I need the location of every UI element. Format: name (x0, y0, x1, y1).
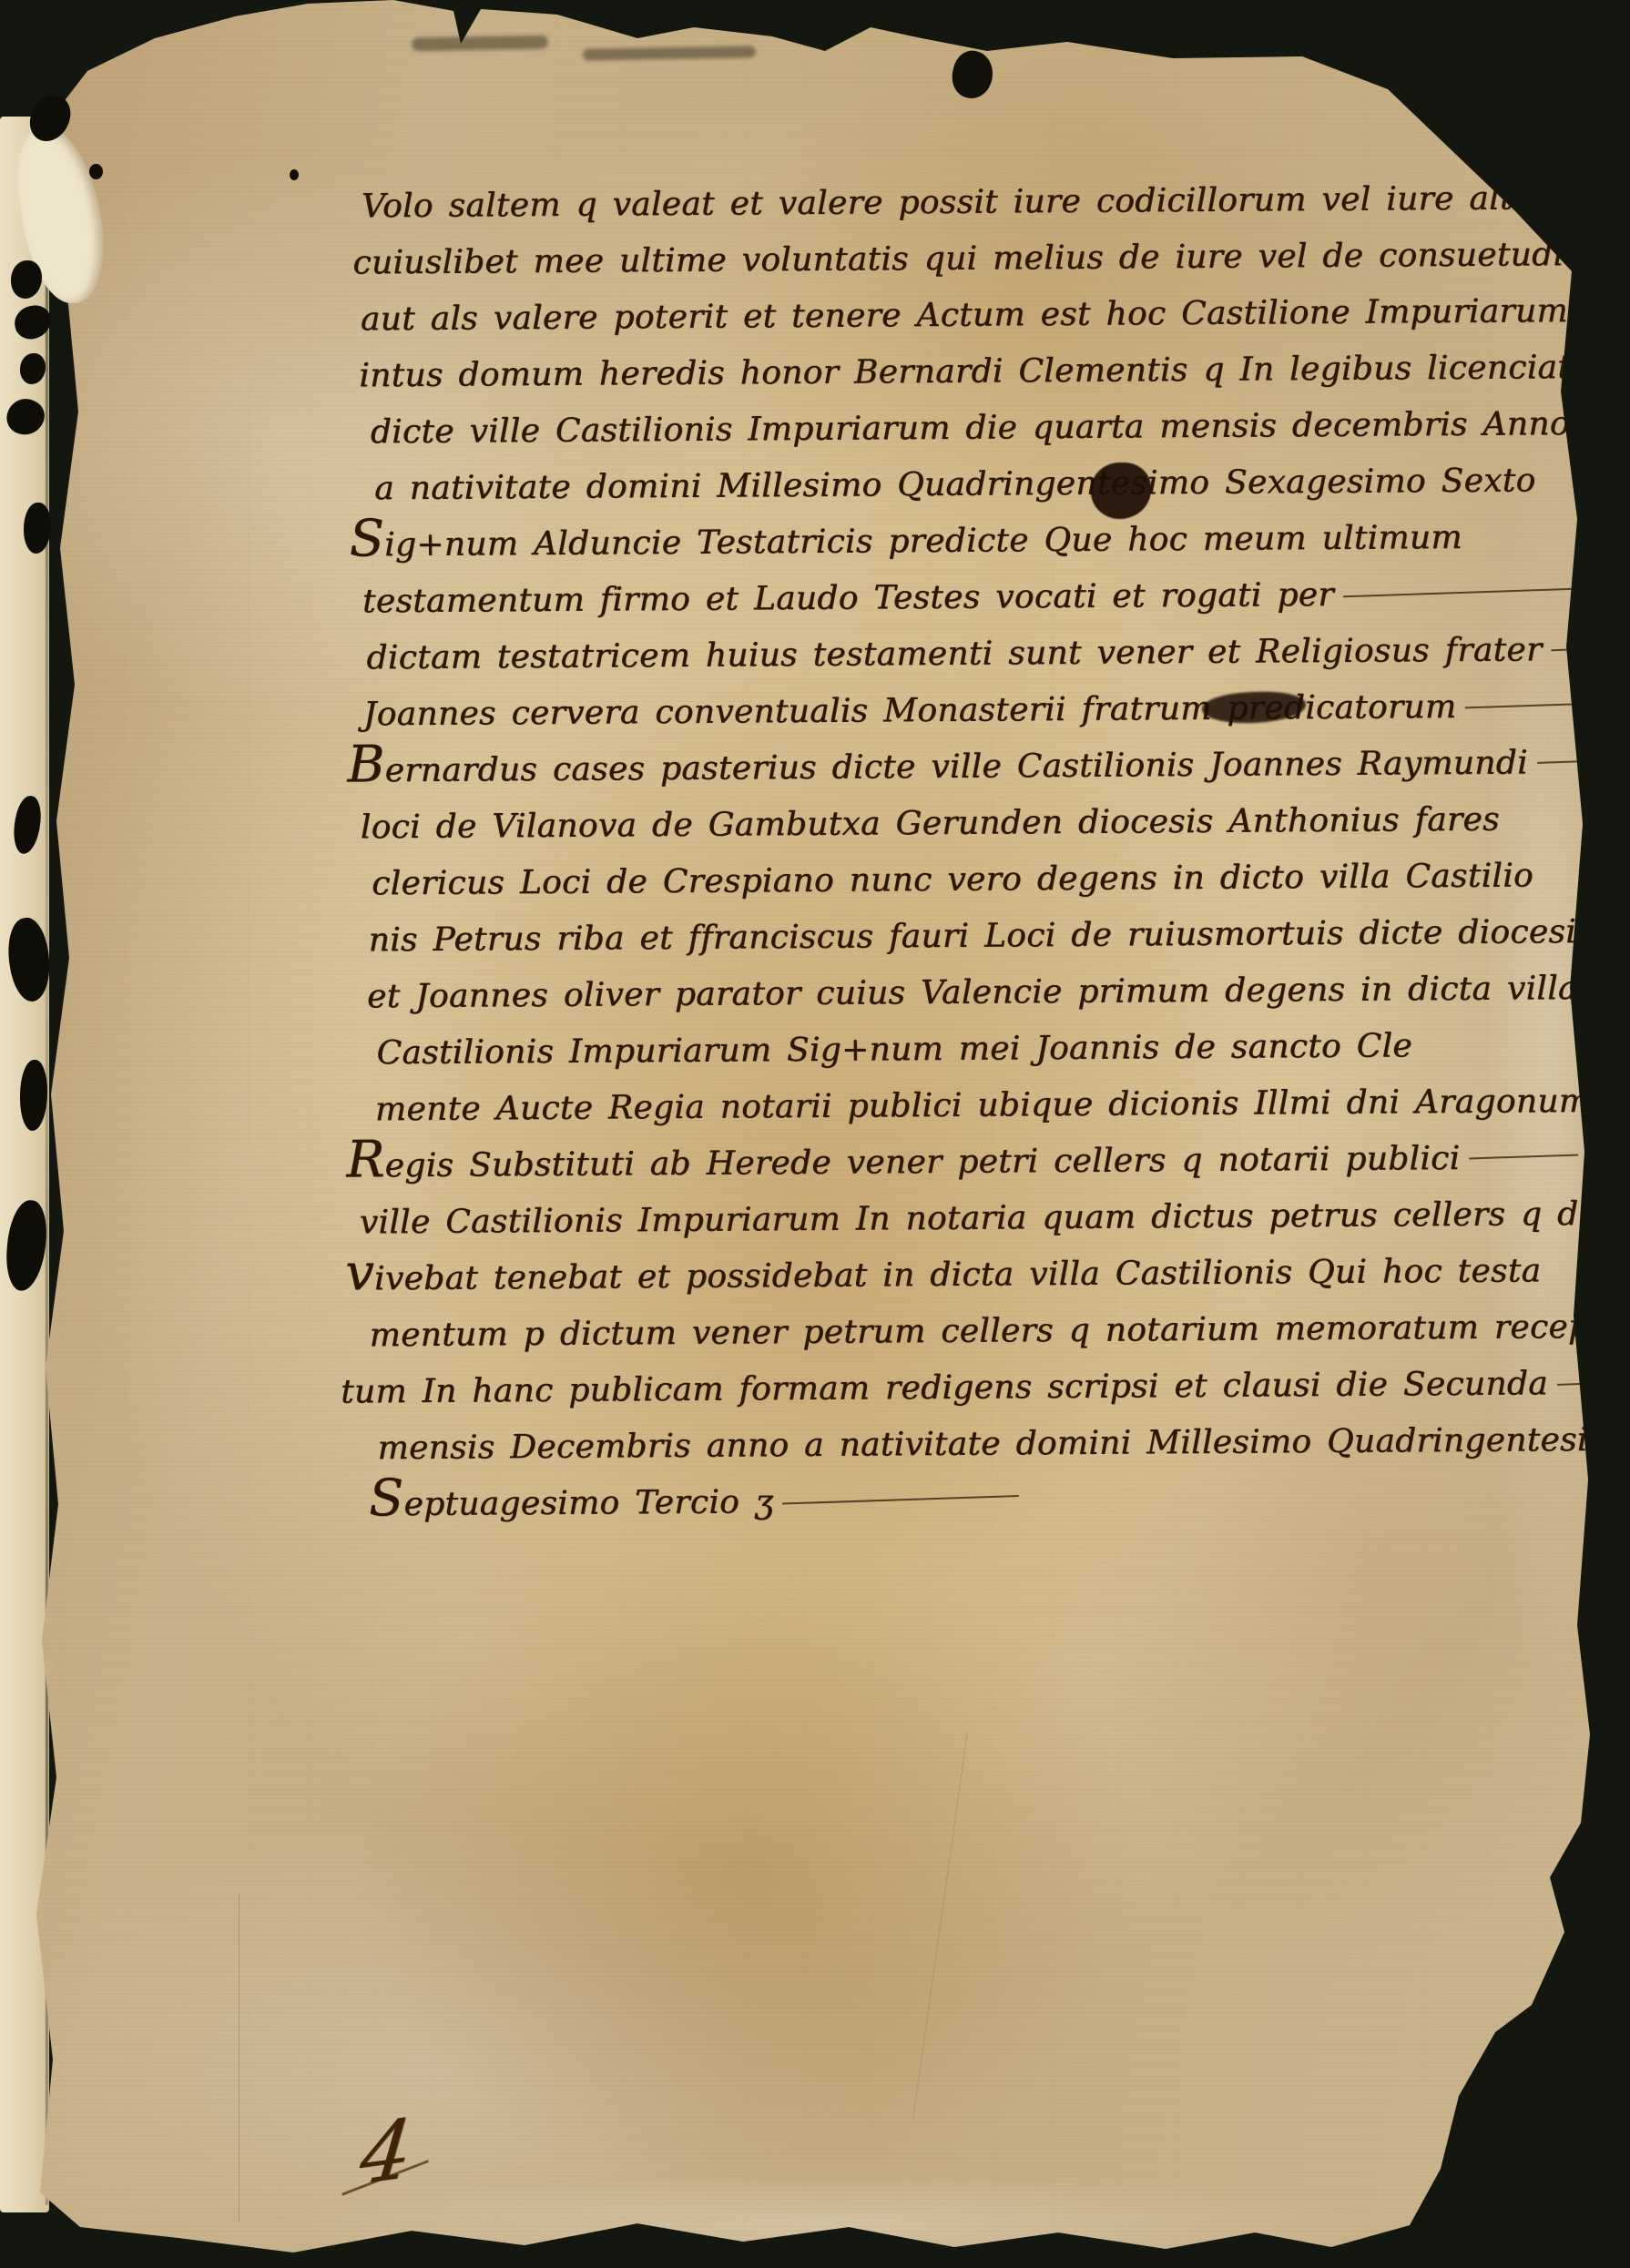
ink-speck (89, 164, 103, 179)
manuscript-line: cuiuslibet mee ultime voluntatis qui mel… (352, 228, 1500, 292)
manuscript-line: ville Castilionis Impuriarum In notaria … (360, 1187, 1507, 1252)
manuscript-line: loci de Vilanova de Gambutxa Gerunden di… (361, 792, 1504, 857)
manuscript-line: et Joannes oliver parator cuius Valencie… (367, 961, 1505, 1026)
manuscript-line: mentum p dictum vener petrum cellers q n… (369, 1300, 1507, 1365)
manuscript-line: vivebat tenebat et possidebat in dicta v… (345, 1244, 1507, 1308)
manuscript-line: aut als valere poterit et tenere Actum e… (361, 284, 1501, 349)
manuscript-page: Volo saltem q valeat et valere possit iu… (0, 0, 1630, 2268)
photographed-manuscript-scene: Volo saltem q valeat et valere possit iu… (0, 0, 1630, 2268)
manuscript-line: mente Aucte Regia notarii publici ubique… (375, 1074, 1506, 1139)
manuscript-line: testamentum firmo et Laudo Testes vocati… (362, 566, 1503, 631)
ink-bleed-smudge (412, 36, 548, 52)
manuscript-text: Volo saltem q valeat et valere possit iu… (352, 171, 1509, 1534)
manuscript-line: Volo saltem q valeat et valere possit iu… (362, 171, 1500, 236)
crease-line (239, 1894, 239, 2222)
ink-speck (290, 169, 299, 180)
manuscript-line: Septuagesimo Tercio ʒ (369, 1470, 1509, 1534)
manuscript-line: mensis Decembris anno a nativitate domin… (377, 1413, 1508, 1478)
manuscript-line: dicte ville Castilionis Impuriarum die q… (371, 397, 1502, 462)
manuscript-line: nis Petrus riba et ffranciscus fauri Loc… (368, 905, 1504, 970)
ink-bleed-smudge (1313, 46, 1415, 59)
manuscript-line: Joannes cervera conventualis Monasterii … (363, 679, 1503, 744)
manuscript-line: Sig+num Alduncie Testatricis predicte Qu… (349, 510, 1502, 575)
manuscript-line: dictam testatricem huius testamenti sunt… (366, 623, 1503, 687)
manuscript-line: a nativitate domini Millesimo Quadringen… (374, 453, 1502, 518)
manuscript-line: clericus Loci de Crespiano nunc vero deg… (372, 849, 1504, 913)
manuscript-line: intus domum heredis honor Bernardi Cleme… (359, 341, 1501, 405)
manuscript-line: Regis Substituti ab Herede vener petri c… (346, 1131, 1506, 1195)
manuscript-line: Bernardus cases pasterius dicte ville Ca… (347, 736, 1503, 800)
manuscript-line: tum In hanc publicam formam redigens scr… (341, 1357, 1508, 1421)
manuscript-line: Castilionis Impuriarum Sig+num mei Joann… (376, 1018, 1505, 1083)
